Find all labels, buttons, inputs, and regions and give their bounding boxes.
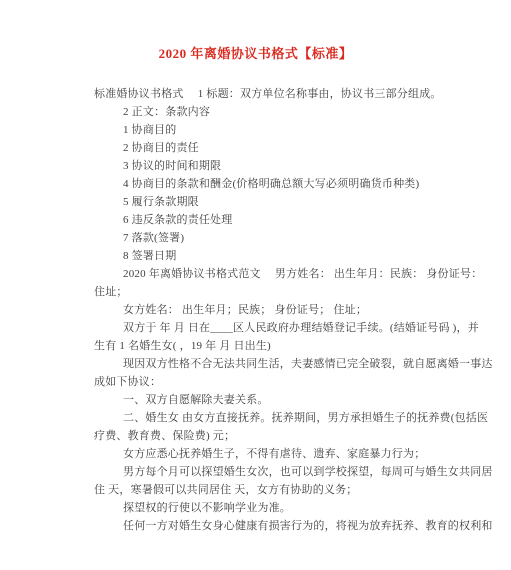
document-line: 疗费、教育费、保险费) 元；: [94, 427, 462, 445]
document-title: 2020 年离婚协议书格式【标准】: [0, 0, 511, 85]
document-line: 住址；: [94, 283, 462, 301]
document-line: 一、双方自愿解除夫妻关系。: [94, 391, 462, 409]
document-line: 2020 年离婚协议书格式范文 男方姓名： 出生年月：民族： 身份证号：: [94, 265, 462, 283]
document-line: 6 违反条款的责任处理: [94, 211, 462, 229]
document-line: 住 天，寒暑假可以共同居住 天，女方有协助的义务；: [94, 481, 462, 499]
document-line: 2 正文：条款内容: [94, 103, 462, 121]
document-body: 标准婚协议书格式 1 标题：双方单位名称事由，协议书三部分组成。2 正文：条款内…: [94, 85, 462, 535]
document-line: 2 协商目的责任: [94, 139, 462, 157]
document-line: 女方应悉心抚养婚生子，不得有虐待、遗弃、家庭暴力行为；: [94, 445, 462, 463]
document-line: 男方每个月可以探望婚生女次，也可以到学校探望，每周可与婚生女共同居: [94, 463, 462, 481]
document-line: 标准婚协议书格式 1 标题：双方单位名称事由，协议书三部分组成。: [94, 85, 462, 103]
document-line: 成如下协议：: [94, 373, 462, 391]
document-line: 二、婚生女 由女方直接抚养。抚养期间，男方承担婚生子的抚养费(包括医: [94, 409, 462, 427]
document-line: 双方于 年 月 日在____区人民政府办理结婚登记手续。(结婚证号码 )，并: [94, 319, 462, 337]
document-line: 1 协商目的: [94, 121, 462, 139]
document-line: 4 协商目的条款和酬金(价格明确总额大写必须明确货币种类): [94, 175, 462, 193]
document-page: 2020 年离婚协议书格式【标准】 标准婚协议书格式 1 标题：双方单位名称事由…: [0, 0, 511, 570]
document-line: 7 落款(签署): [94, 229, 462, 247]
document-line: 3 协议的时间和期限: [94, 157, 462, 175]
document-line: 女方姓名： 出生年月；民族； 身份证号； 住址；: [94, 301, 462, 319]
document-line: 8 签署日期: [94, 247, 462, 265]
document-line: 5 履行条款期限: [94, 193, 462, 211]
document-line: 现因双方性格不合无法共同生活，夫妻感情已完全破裂，就自愿离婚一事达: [94, 355, 462, 373]
document-line: 任何一方对婚生女身心健康有损害行为的，将视为放弃抚养、教育的权利和: [94, 517, 462, 535]
document-line: 生有 1 名婚生女( ，19 年 月 日出生): [94, 337, 462, 355]
document-line: 探望权的行使以不影响学业为准。: [94, 499, 462, 517]
